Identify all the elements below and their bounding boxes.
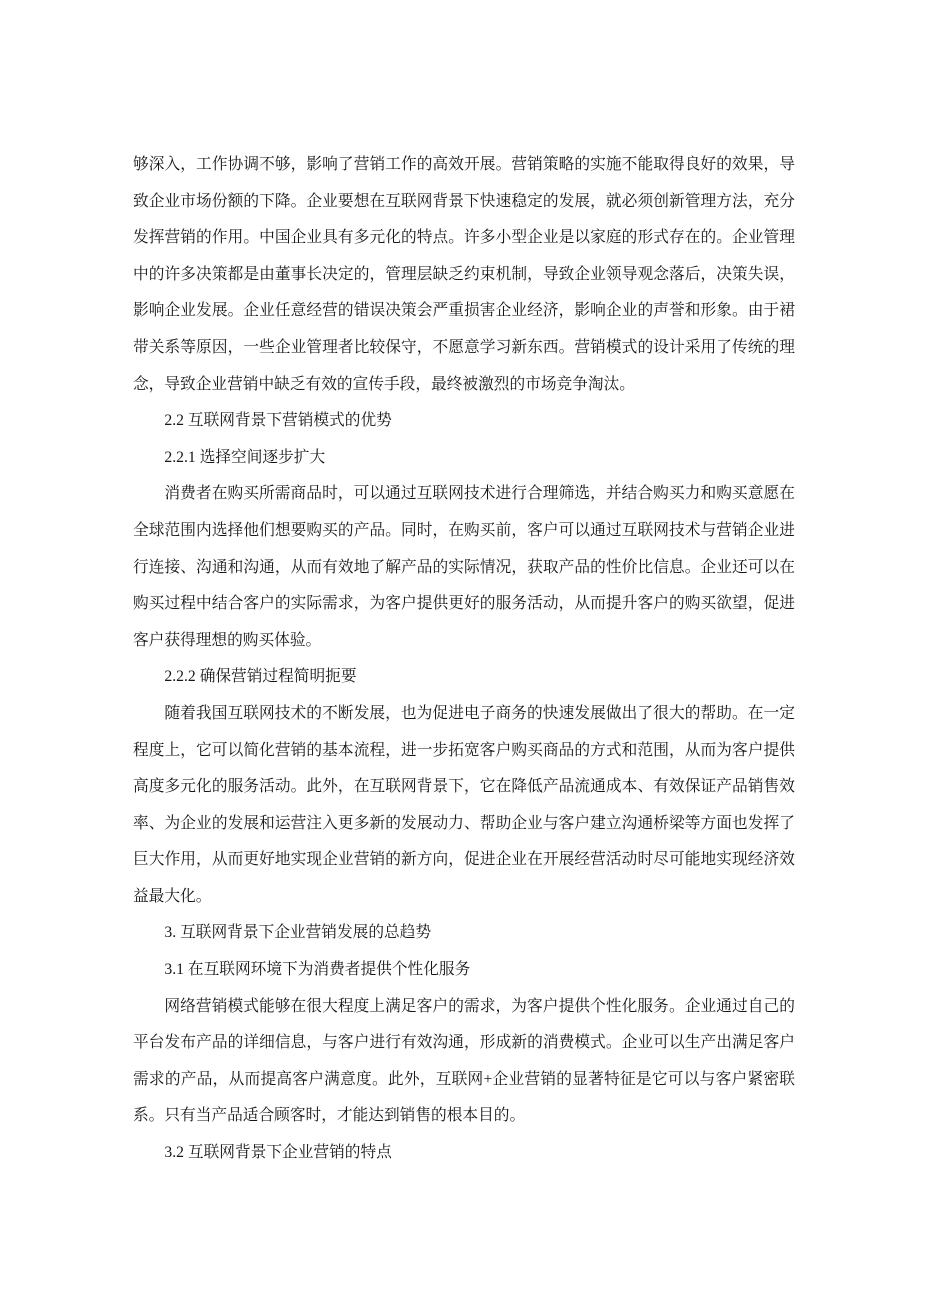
heading-2-2-2-concise-process: 2.2.2 确保营销过程简明扼要: [133, 659, 795, 696]
heading-2-2-advantages: 2.2 互联网背景下营销模式的优势: [133, 403, 795, 440]
heading-3-2-marketing-features: 3.2 互联网背景下企业营销的特点: [133, 1135, 795, 1172]
heading-3-general-trend: 3. 互联网背景下企业营销发展的总趋势: [133, 915, 795, 952]
paragraph-marketing-problems: 够深入，工作协调不够，影响了营销工作的高效开展。营销策略的实施不能取得良好的效果…: [133, 147, 795, 403]
heading-3-1-personalized-service: 3.1 在互联网环境下为消费者提供个性化服务: [133, 952, 795, 989]
document-page: 够深入，工作协调不够，影响了营销工作的高效开展。营销策略的实施不能取得良好的效果…: [0, 0, 926, 1309]
heading-2-2-1-selection-space: 2.2.1 选择空间逐步扩大: [133, 440, 795, 477]
paragraph-personalized-service: 网络营销模式能够在很大程度上满足客户的需求，为客户提供个性化服务。企业通过自己的…: [133, 989, 795, 1135]
paragraph-selection-space: 消费者在购买所需商品时，可以通过互联网技术进行合理筛选，并结合购买力和购买意愿在…: [133, 476, 795, 659]
paragraph-concise-process: 随着我国互联网技术的不断发展，也为促进电子商务的快速发展做出了很大的帮助。在一定…: [133, 696, 795, 916]
